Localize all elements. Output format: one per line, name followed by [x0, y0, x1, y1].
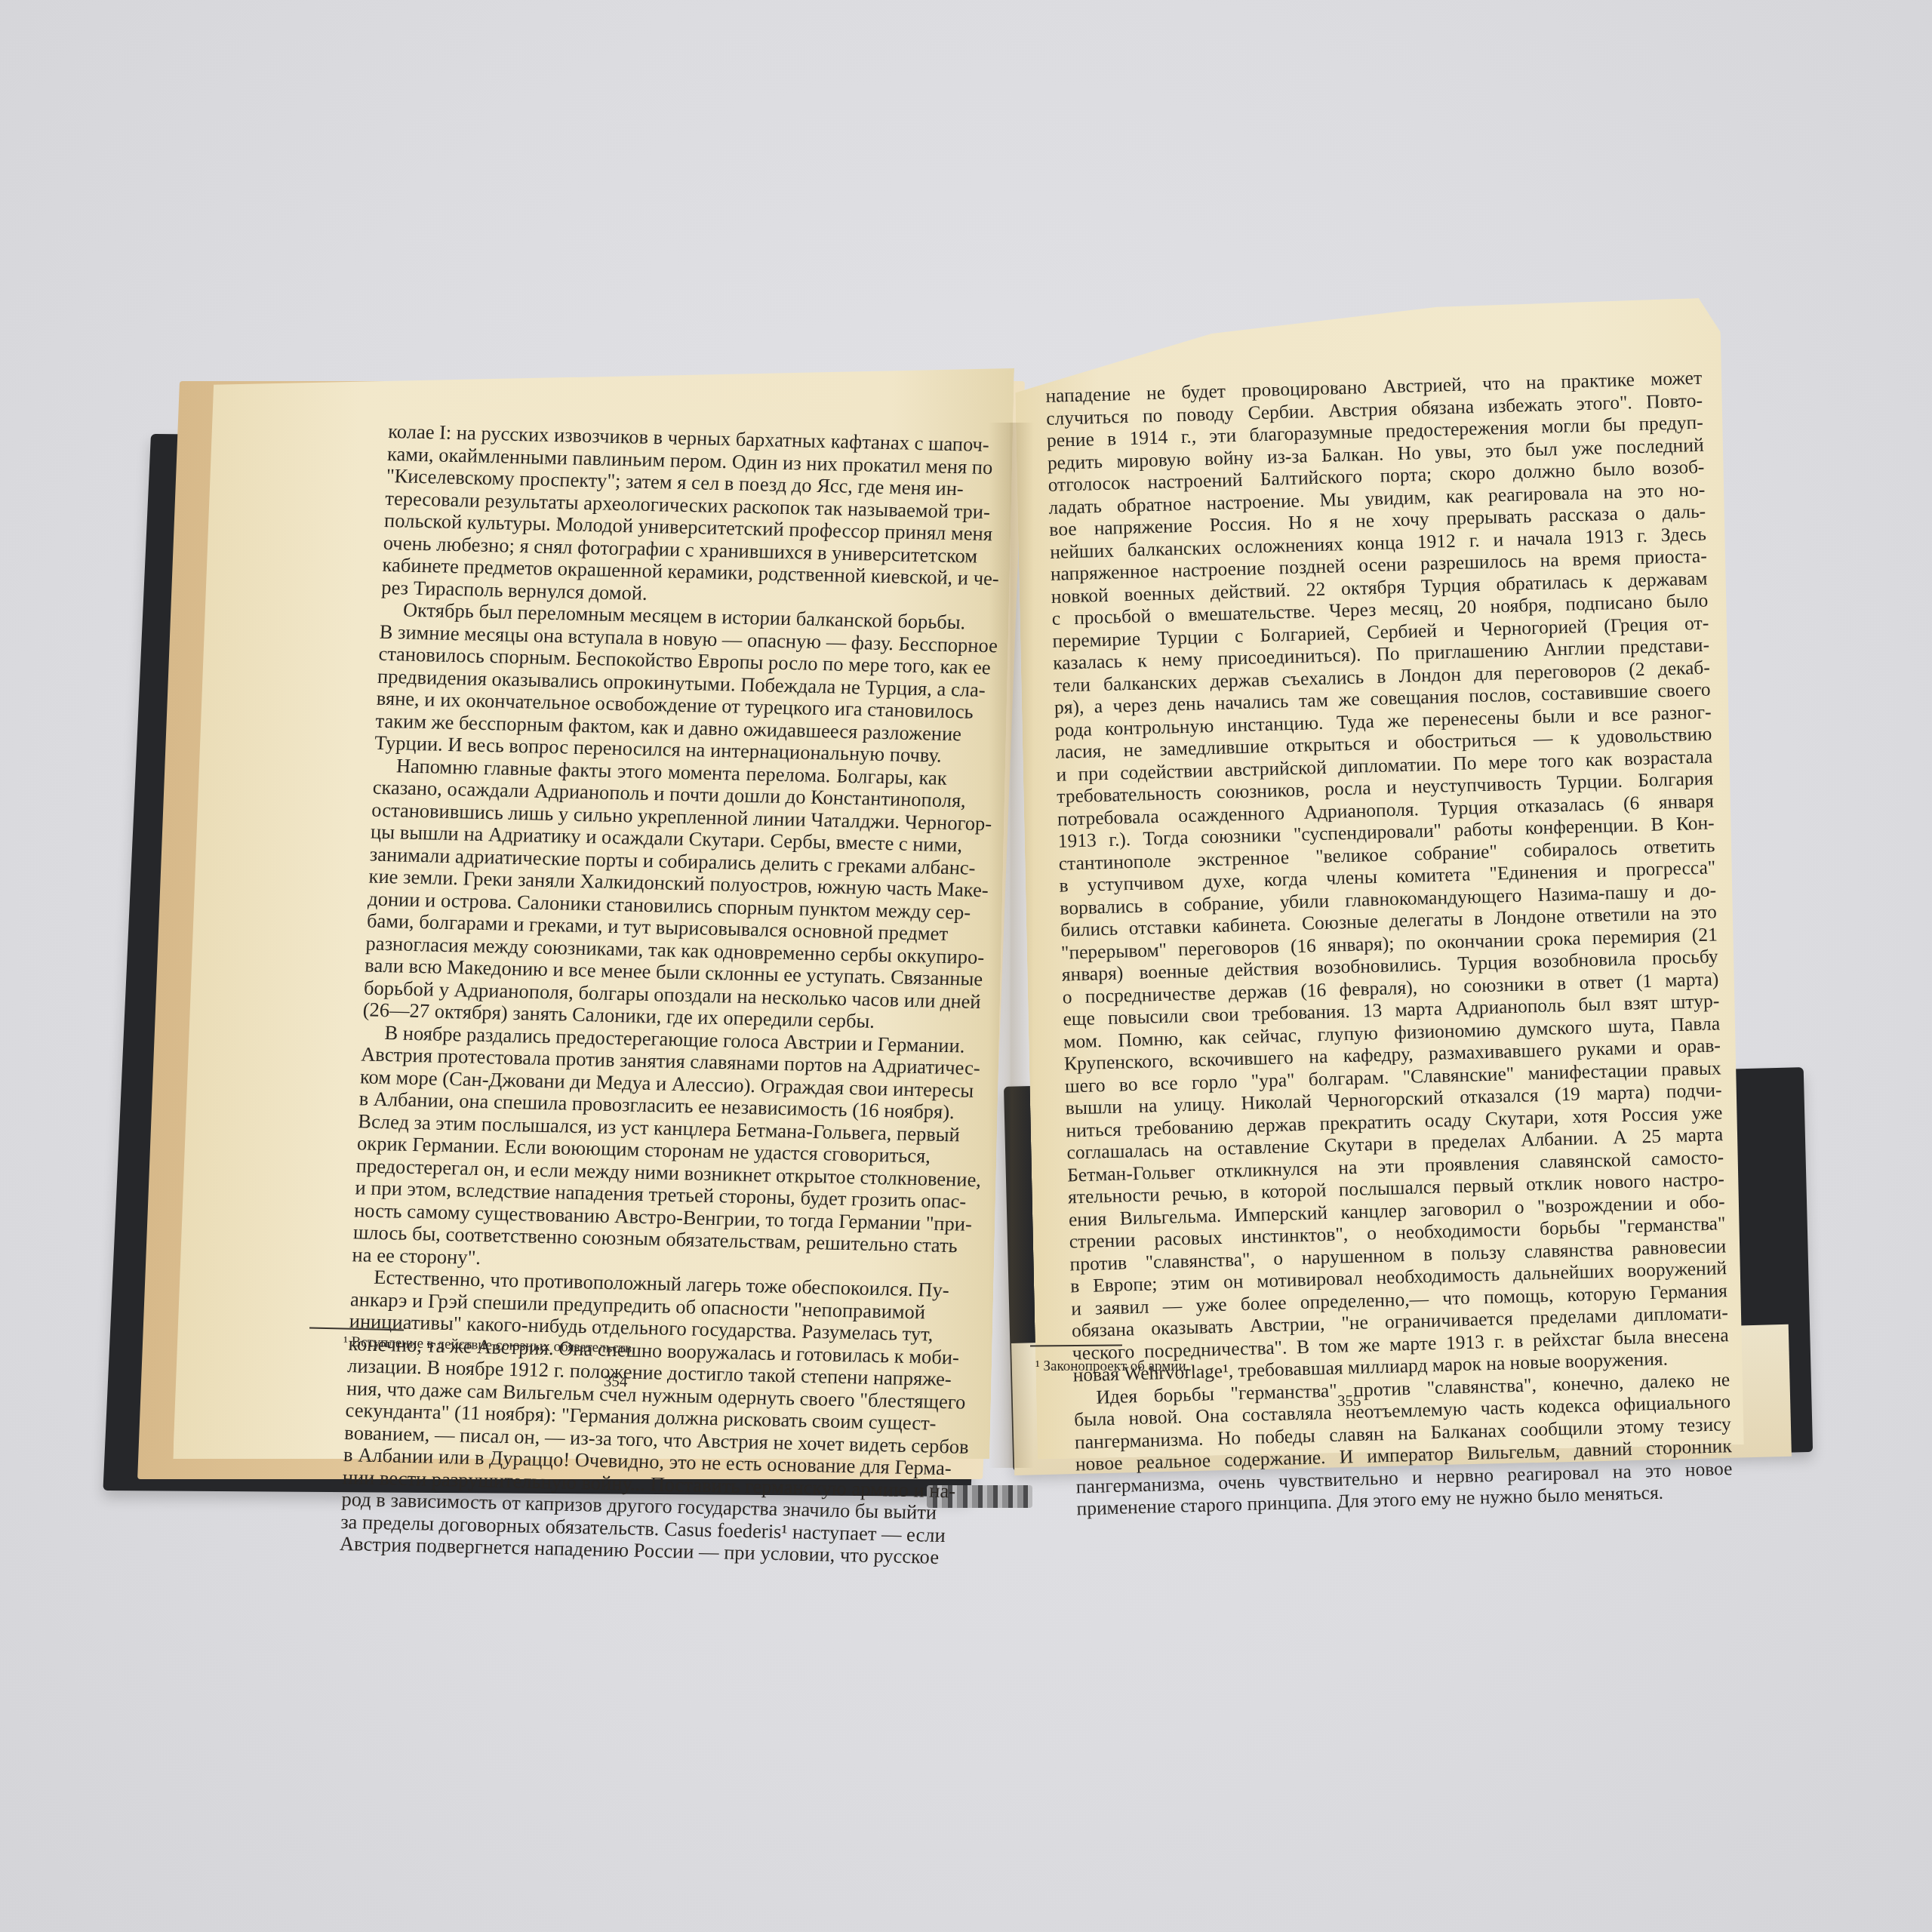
left-page-number: 354: [604, 1372, 628, 1392]
right-footnote: ¹ Законопроект об армии.: [1035, 1358, 1189, 1375]
left-page-body-text: колае I: на русских извозчиков в черных …: [339, 420, 961, 1568]
right-page-body-text: нападение не будет провоцировано Австрие…: [1045, 367, 1734, 1520]
photo-scene: колае I: на русских извозчиков в черных …: [0, 0, 1932, 1932]
right-page-number: 355: [1337, 1392, 1361, 1411]
